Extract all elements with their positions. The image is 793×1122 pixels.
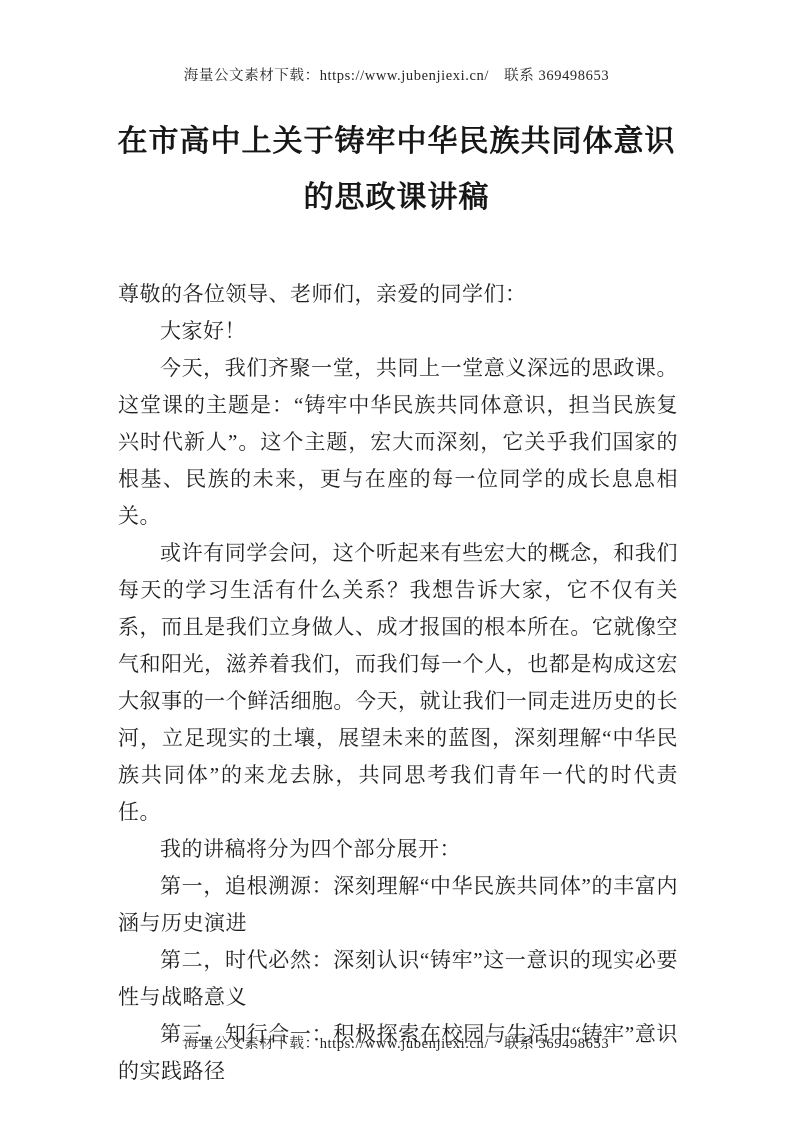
document-title: 在市高中上关于铸牢中华民族共同体意识 的思政课讲稿 [0,114,793,226]
paragraph-outline-lead: 我的讲稿将分为四个部分展开： [118,831,678,868]
paragraph-outline-part-2: 第二，时代必然：深刻认识“铸牢”这一意识的现实必要性与战略意义 [118,942,678,1016]
paragraph-relevance: 或许有同学会问，这个听起来有些宏大的概念，和我们每天的学习生活有什么关系？我想告… [118,535,678,831]
paragraph-salutation: 尊敬的各位领导、老师们，亲爱的同学们： [118,276,678,313]
paragraph-outline-part-3: 第三，知行合一：积极探索在校园与生活中“铸牢”意识的实践路径 [118,1016,678,1090]
footer-note: 海量公文素材下载：https://www.jubenjiexi.cn/ 联系 3… [0,1032,793,1053]
paragraph-greeting: 大家好！ [118,313,678,350]
paragraph-outline-part-1: 第一，追根溯源：深刻理解“中华民族共同体”的丰富内涵与历史演进 [118,868,678,942]
document-title-line-1: 在市高中上关于铸牢中华民族共同体意识 [0,114,793,170]
header-note: 海量公文素材下载：https://www.jubenjiexi.cn/ 联系 3… [0,64,793,85]
document-title-line-2: 的思政课讲稿 [0,170,793,226]
paragraph-theme-intro: 今天，我们齐聚一堂，共同上一堂意义深远的思政课。这堂课的主题是：“铸牢中华民族共… [118,350,678,535]
document-body: 尊敬的各位领导、老师们，亲爱的同学们： 大家好！ 今天，我们齐聚一堂，共同上一堂… [118,276,678,1090]
document-page: 海量公文素材下载：https://www.jubenjiexi.cn/ 联系 3… [0,0,793,1122]
